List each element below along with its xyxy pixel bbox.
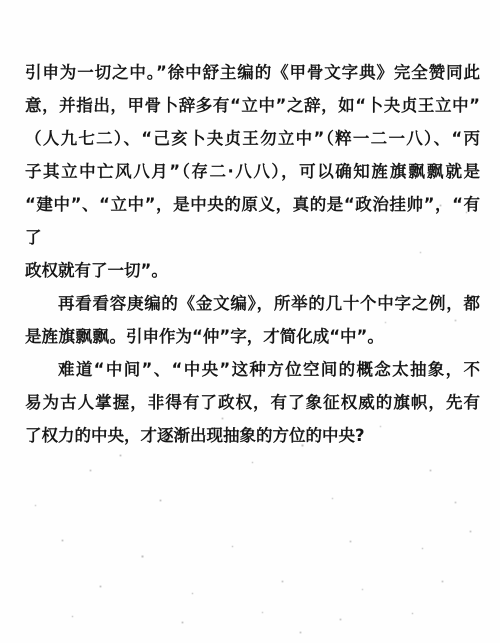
paragraph-3: 难道“中间”、“中央”这种方位空间的概念太抽象，不 易为古人掌握，非得有了政权，… — [25, 353, 480, 452]
text-line: 政权就有了一切”。 — [25, 254, 480, 287]
text-line: 意，并指出，甲骨卜辞多有“立中”之辞，如“卜夬贞王立中” — [25, 89, 480, 122]
text-segment: 了权力的中央，才逐渐出现抽象的方位的中央? — [25, 426, 365, 445]
text-line: 引申为一切之中。”徐中舒主编的《甲骨文字典》完全赞同此 — [25, 56, 480, 89]
text-segment: 引申为一切之中。”徐中舒主编的《甲骨文字典》完全赞同此 — [25, 63, 480, 82]
text-line: 易为古人掌握，非得有了政权，有了象征权威的旗帜，先有 — [25, 386, 480, 419]
text-segment: （人九七二）、“己亥卜夬贞王勿立中”（粹一二一八）、“丙 — [25, 129, 480, 148]
scan-noise-specks — [0, 0, 1, 1]
text-segment: 就是 — [445, 162, 480, 181]
text-segment: 易为古人掌握，非得有了政权，有了象征权威的旗帜，先有 — [25, 393, 480, 412]
text-line: “建中”、“立中”，是中央的原义，真的是“政治挂帅”，“有了 — [25, 188, 480, 254]
text-line: 子其立中亡风八月”（存二·八八），可以确知旌旗飘飘就是 — [25, 155, 480, 188]
text-segment: 子其立中亡风八月”（存二·八八），可以确知 — [25, 162, 371, 181]
text-segment: 意，并指出，甲骨卜辞多有“立中”之辞，如“卜夬贞王立中” — [25, 96, 480, 115]
book-page: 引申为一切之中。”徐中舒主编的《甲骨文字典》完全赞同此 意，并指出，甲骨卜辞多有… — [0, 0, 500, 643]
text-segment: 再看看容庚编的《金文编》，所举的几十个中字之例，都 — [58, 294, 480, 313]
text-line: （人九七二）、“己亥卜夬贞王勿立中”（粹一二一八）、“丙 — [25, 122, 480, 155]
paragraph-2: 再看看容庚编的《金文编》，所举的几十个中字之例，都 是旌旗飘飘。引申作为“仲”字… — [25, 287, 480, 353]
text-line: 再看看容庚编的《金文编》，所举的几十个中字之例，都 — [25, 287, 480, 320]
text-line: 了权力的中央，才逐渐出现抽象的方位的中央? — [25, 419, 480, 452]
emphasized-text: 旌旗飘飘 — [42, 327, 110, 346]
text-segment: 。引申作为“仲”字，才简化成“中”。 — [110, 327, 384, 346]
text-segment: 难道“中间”、“中央”这种方位空间的概念太抽象，不 — [58, 360, 480, 379]
body-text: 引申为一切之中。”徐中舒主编的《甲骨文字典》完全赞同此 意，并指出，甲骨卜辞多有… — [25, 56, 480, 452]
paragraph-1: 引申为一切之中。”徐中舒主编的《甲骨文字典》完全赞同此 意，并指出，甲骨卜辞多有… — [25, 56, 480, 287]
text-segment: 是 — [25, 327, 42, 346]
emphasized-text: 旌旗飘飘 — [371, 162, 445, 181]
text-line: 是旌旗飘飘。引申作为“仲”字，才简化成“中”。 — [25, 320, 480, 353]
text-segment: “建中”、“立中”，是中央的原义，真的是“政治挂帅”，“有了 — [25, 195, 480, 247]
text-line: 难道“中间”、“中央”这种方位空间的概念太抽象，不 — [25, 353, 480, 386]
text-segment: 政权就有了一切”。 — [25, 261, 168, 280]
